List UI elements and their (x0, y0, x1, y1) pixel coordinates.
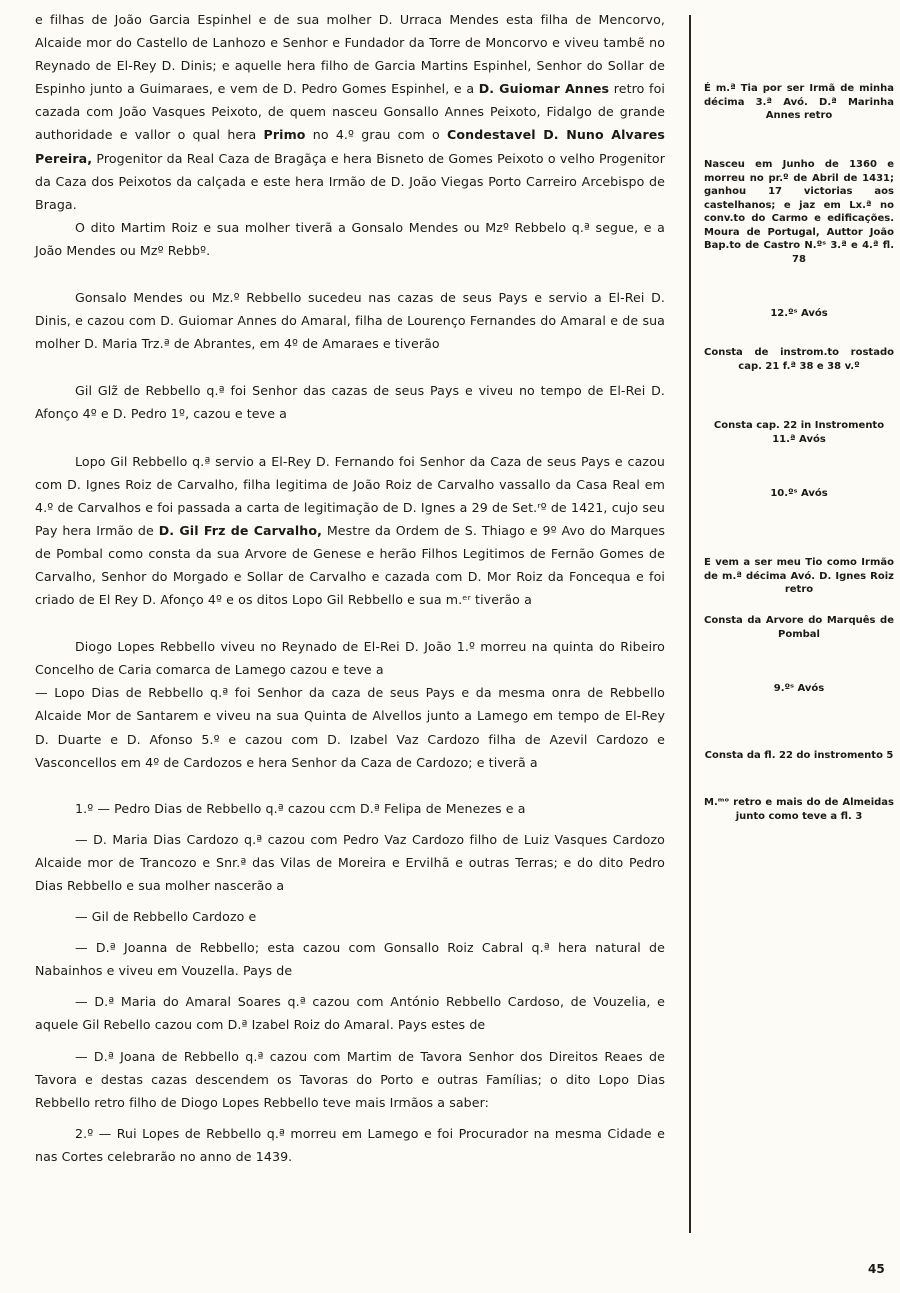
paragraph-gil-glz: Gil Glz̃ de Rebbello q.ª foi Senhor das … (35, 379, 665, 425)
page-number: 45 (868, 1262, 885, 1276)
paragraph-rui-lopes: 2.º — Rui Lopes de Rebbello q.ª morreu e… (35, 1122, 665, 1168)
bold-gil-frz: D. Gil Frz de Carvalho, (159, 523, 322, 538)
margin-note-heading: 11.ª Avós (704, 433, 894, 447)
paragraph-joana-tavora: — D.ª Joana de Rebbello q.ª cazou com Ma… (35, 1045, 665, 1114)
paragraph-espinhel: e filhas de João Garcia Espinhel e de su… (35, 8, 665, 216)
margin-note: Consta da fl. 22 do instromento 5 (704, 749, 894, 763)
paragraph-diogo-lopes: Diogo Lopes Rebbello viveu no Reynado de… (35, 635, 665, 681)
text-run: no 4.º grau com o (306, 127, 447, 142)
margin-note: Consta de instrom.to rostado cap. 21 f.ª… (704, 346, 894, 373)
bold-name-guiomar: D. Guiomar Annes (479, 81, 609, 96)
margin-note: E vem a ser meu Tio como Irmão de m.ª dé… (704, 556, 894, 597)
column-divider (689, 15, 691, 1233)
paragraph-maria-amaral: — D.ª Maria do Amaral Soares q.ª cazou c… (35, 990, 665, 1036)
margin-note: É m.ª Tia por ser Irmã de minha décima 3… (704, 82, 894, 123)
margin-note-heading: 12.ºˢ Avós (704, 307, 894, 321)
paragraph-gil-cardozo: — Gil de Rebbello Cardozo e (35, 905, 665, 928)
margin-note-heading: 9.ºˢ Avós (704, 682, 894, 696)
paragraph-joanna: — D.ª Joanna de Rebbello; esta cazou com… (35, 936, 665, 982)
margin-note: Nasceu em Junho de 1360 e morreu no pr.º… (704, 158, 894, 266)
margin-note-heading: 10.ºˢ Avós (704, 487, 894, 501)
paragraph-lopo-gil: Lopo Gil Rebbello q.ª servio a El-Rey D.… (35, 450, 665, 612)
main-text-column: e filhas de João Garcia Espinhel e de su… (35, 8, 665, 1168)
bold-primo: Primo (264, 127, 306, 142)
paragraph-maria-dias: — D. Maria Dias Cardozo q.ª cazou com Pe… (35, 828, 665, 897)
paragraph-lopo-dias: — Lopo Dias de Rebbello q.ª foi Senhor d… (35, 681, 665, 773)
margin-note: Consta cap. 22 in Instromento (704, 419, 894, 433)
paragraph-gonsalo-mendes: Gonsalo Mendes ou Mz.º Rebbello sucedeu … (35, 286, 665, 355)
margin-note: M.ᵐᵒ retro e mais do de Almeidas junto c… (704, 796, 894, 823)
text-run: Progenitor da Real Caza de Bragãça e her… (35, 151, 665, 212)
margin-note: Consta da Arvore do Marquês de Pombal (704, 614, 894, 641)
paragraph-martim-roiz: O dito Martim Roiz e sua molher tiverã a… (35, 216, 665, 262)
paragraph-pedro-dias: 1.º — Pedro Dias de Rebbello q.ª cazou c… (35, 797, 665, 820)
